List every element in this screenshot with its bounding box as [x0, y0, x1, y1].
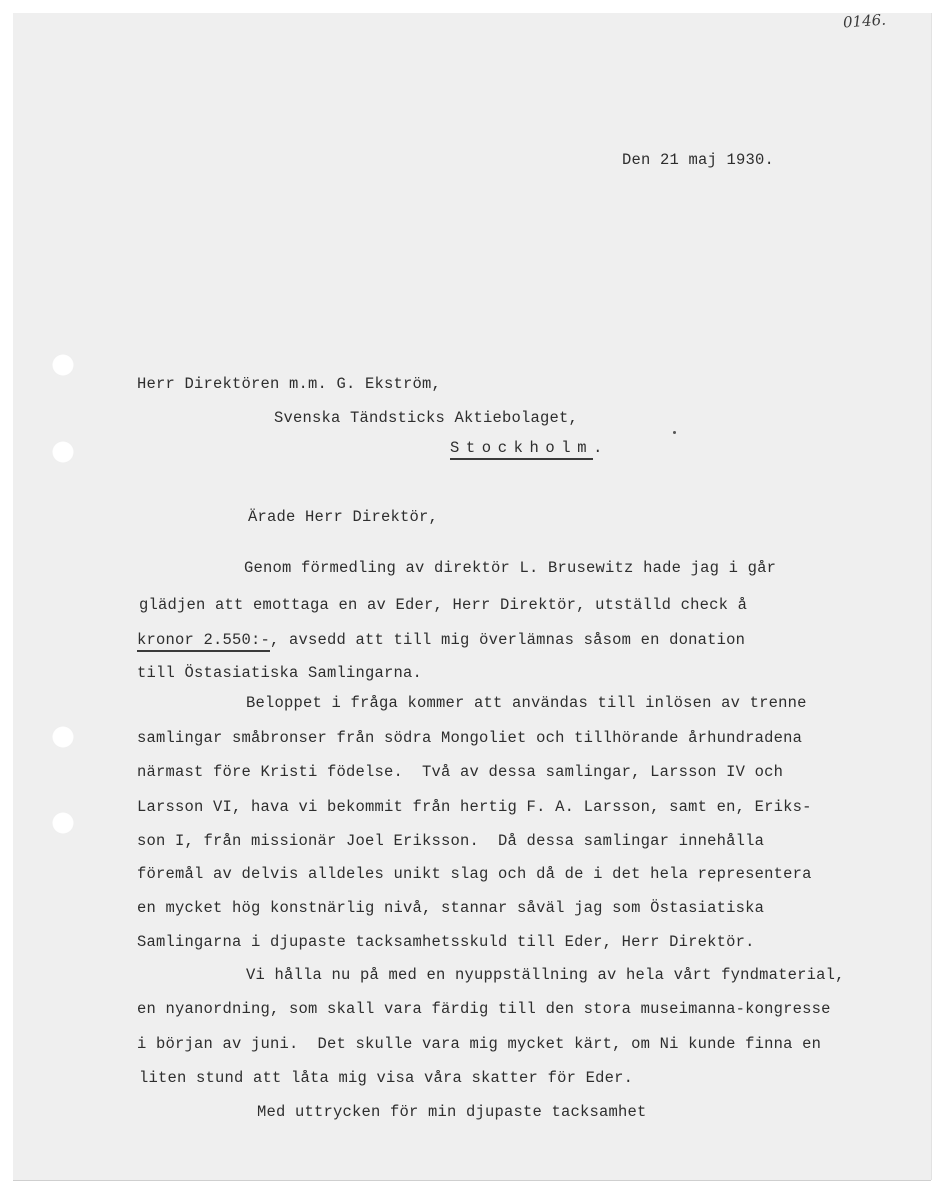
- body-line-rest: , avsedd att till mig överlämnas såsom e…: [270, 631, 745, 649]
- body-line: liten stund att låta mig visa våra skatt…: [139, 1071, 633, 1087]
- body-line: närmast före Kristi födelse. Två av dess…: [137, 765, 783, 781]
- body-line: glädjen att emottaga en av Eder, Herr Di…: [139, 598, 747, 614]
- recipient-city-suffix: .: [593, 439, 603, 457]
- closing-line: Med uttrycken för min djupaste tacksamhe…: [257, 1105, 647, 1121]
- punch-hole: [52, 354, 74, 376]
- punch-hole: [52, 441, 74, 463]
- punch-hole: [52, 812, 74, 834]
- body-line: en mycket hög konstnärlig nivå, stannar …: [137, 901, 764, 917]
- recipient-city: Stockholm.: [450, 441, 603, 457]
- recipient-company: Svenska Tändsticks Aktiebolaget,: [274, 411, 578, 427]
- punch-hole: [52, 726, 74, 748]
- archive-number: 0146.: [842, 11, 886, 32]
- salutation: Ärade Herr Direktör,: [248, 510, 438, 526]
- recipient-name: Herr Direktören m.m. G. Ekström,: [137, 377, 441, 393]
- ink-speck: [673, 431, 676, 434]
- letter-date: Den 21 maj 1930.: [622, 153, 774, 169]
- recipient-city-name: Stockholm: [450, 439, 593, 460]
- body-line: samlingar småbronser från södra Mongolie…: [137, 731, 802, 747]
- check-amount: kronor 2.550:-: [137, 631, 270, 652]
- body-line: i början av juni. Det skulle vara mig my…: [137, 1037, 821, 1053]
- body-line: Vi hålla nu på med en nyuppställning av …: [246, 968, 845, 984]
- body-line: Genom förmedling av direktör L. Brusewit…: [244, 561, 776, 577]
- body-line: Larsson VI, hava vi bekommit från hertig…: [137, 800, 812, 816]
- body-line: en nyanordning, som skall vara färdig ti…: [137, 1002, 831, 1018]
- body-line: till Östasiatiska Samlingarna.: [137, 666, 422, 682]
- body-line: föremål av delvis alldeles unikt slag oc…: [137, 867, 812, 883]
- body-line: Beloppet i fråga kommer att användas til…: [246, 696, 807, 712]
- body-line: Samlingarna i djupaste tacksamhetsskuld …: [137, 935, 755, 951]
- body-line: son I, från missionär Joel Eriksson. Då …: [137, 834, 764, 850]
- body-line: kronor 2.550:-, avsedd att till mig över…: [137, 633, 745, 649]
